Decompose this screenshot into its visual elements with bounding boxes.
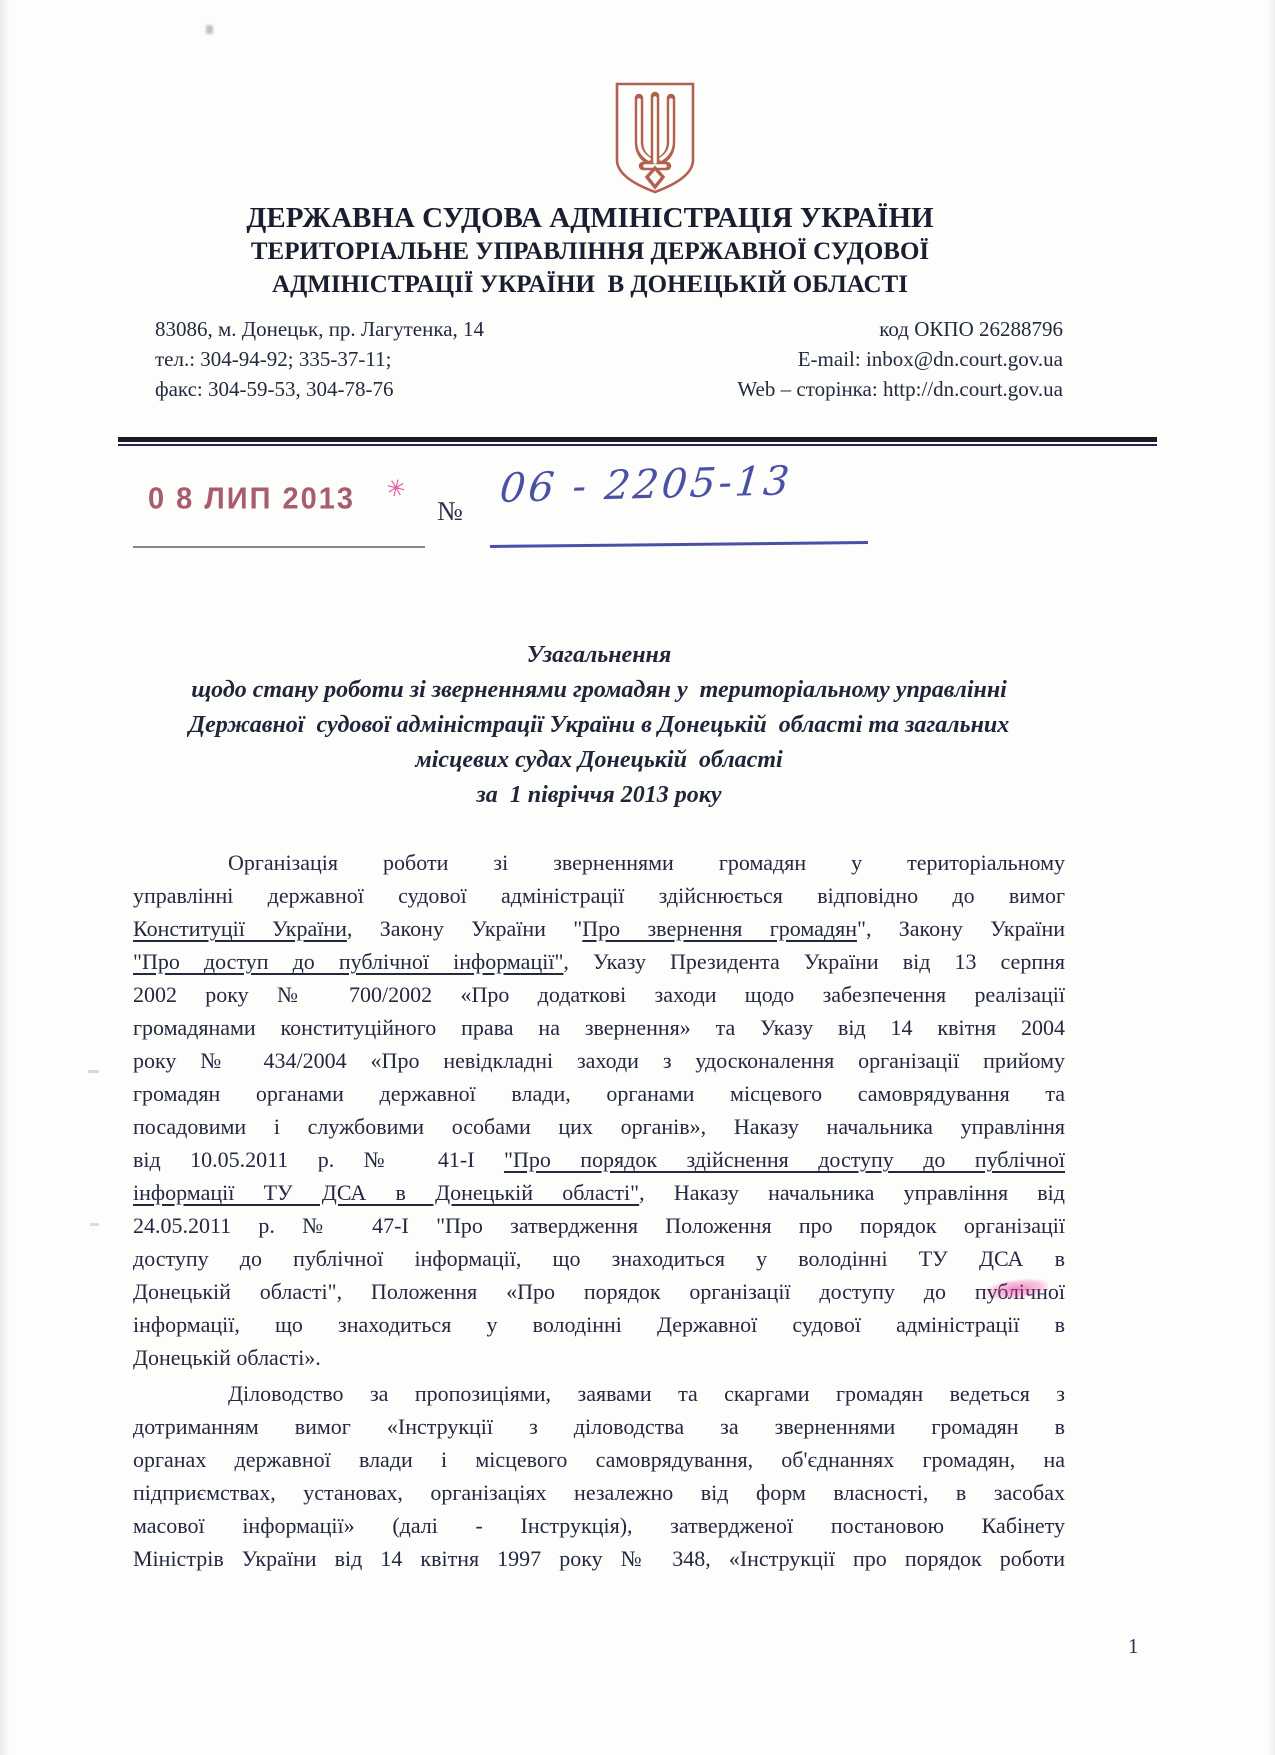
page-number: 1: [1128, 1634, 1139, 1659]
body-line: Організація роботи зі зверненнями громад…: [133, 846, 1065, 879]
title-line2: щодо стану роботи зі зверненнями громадя…: [133, 673, 1065, 708]
body-line: Діловодство за пропозиціями, заявами та …: [133, 1377, 1065, 1410]
body-line: від 10.05.2011 р. № 41-І "Про порядок зд…: [133, 1143, 1065, 1176]
scan-edge-mark: [88, 1070, 99, 1073]
contact-web: Web – сторінка: http://dn.court.gov.ua: [737, 374, 1063, 404]
contact-okpo: код ОКПО 26288796: [737, 314, 1063, 344]
scanned-letter-page: ДЕРЖАВНА СУДОВА АДМІНІСТРАЦІЯ УКРАЇНИ ТЕ…: [0, 0, 1275, 1755]
text: , Закону України ": [347, 916, 582, 941]
body-line: посадовими і службовими особами цих орга…: [133, 1110, 1065, 1143]
text: масової інформації» (далі - Інструкція),…: [133, 1513, 1065, 1538]
body-line: року № 434/2004 «Про невідкладні заходи …: [133, 1044, 1065, 1077]
underlined-text: Конституції України: [133, 916, 347, 941]
contact-email: E-mail: inbox@dn.court.gov.ua: [737, 344, 1063, 374]
header-divider-rule: [118, 437, 1157, 446]
number-underline: [490, 541, 868, 547]
title-line3: Державної судової адміністрації України …: [133, 708, 1065, 743]
text: Організація роботи зі зверненнями громад…: [228, 850, 1065, 875]
contact-phone: тел.: 304-94-92; 335-37-11;: [155, 344, 484, 374]
underlined-text: "Про порядок здійснення доступу до публі…: [504, 1147, 1065, 1172]
text: Міністрів України від 14 квітня 1997 рок…: [133, 1546, 1065, 1571]
text: посадовими і службовими особами цих орга…: [133, 1114, 1065, 1139]
text: ", Закону України: [857, 916, 1065, 941]
pink-star-artifact: ✳: [383, 474, 408, 504]
document-number-handwritten: 06 - 2205-13: [498, 458, 794, 512]
text: Донецькій області».: [133, 1345, 321, 1370]
org-name-line1: ДЕРЖАВНА СУДОВА АДМІНІСТРАЦІЯ УКРАЇНИ: [80, 201, 1100, 235]
org-name-line2: ТЕРИТОРІАЛЬНЕ УПРАВЛІННЯ ДЕРЖАВНОЇ СУДОВ…: [80, 235, 1100, 268]
divider-thick-line: [118, 437, 1157, 442]
org-name-line3: АДМІНІСТРАЦІЇ УКРАЇНИ В ДОНЕЦЬКІЙ ОБЛАСТ…: [80, 268, 1100, 301]
body-line: громадян органами державної влади, орган…: [133, 1077, 1065, 1110]
body-paragraph: Організація роботи зі зверненнями громад…: [133, 846, 1065, 1374]
contact-block-right: код ОКПО 26288796 E-mail: inbox@dn.court…: [737, 314, 1063, 404]
body-line: інформації ТУ ДСА в Донецькій області", …: [133, 1176, 1065, 1209]
text: Донецькій області", Положення «Про поряд…: [133, 1279, 1065, 1304]
text: , Указу Президента України від 13 серпня: [563, 949, 1065, 974]
title-line5: за 1 півріччя 2013 року: [133, 778, 1065, 813]
incoming-date-stamp: 0 8 ЛИП 2013: [148, 482, 355, 516]
underlined-text: "Про доступ до публічної інформації": [133, 949, 563, 974]
scan-speck-artifact: [206, 25, 213, 34]
title-line1: Узагальнення: [133, 638, 1065, 673]
body-line: підприємствах, установах, організаціях н…: [133, 1476, 1065, 1509]
document-body: Організація роботи зі зверненнями громад…: [133, 846, 1065, 1575]
body-paragraph: Діловодство за пропозиціями, заявами та …: [133, 1377, 1065, 1575]
text: Діловодство за пропозиціями, заявами та …: [228, 1381, 1065, 1406]
document-title: Узагальнення щодо стану роботи зі зверне…: [133, 638, 1065, 813]
body-line: 2002 року № 700/2002 «Про додаткові захо…: [133, 978, 1065, 1011]
text: року № 434/2004 «Про невідкладні заходи …: [133, 1048, 1065, 1073]
text: , Наказу начальника управління від: [639, 1180, 1065, 1205]
body-line: громадянами конституційного права на зве…: [133, 1011, 1065, 1044]
body-line: органах державної влади і місцевого само…: [133, 1443, 1065, 1476]
underlined-text: інформації ТУ ДСА в Донецькій області": [133, 1180, 639, 1205]
text: інформації, що знаходиться у володінні Д…: [133, 1312, 1065, 1337]
contact-address: 83086, м. Донецьк, пр. Лагутенка, 14: [155, 314, 484, 344]
body-line: Конституції України, Закону України "Про…: [133, 912, 1065, 945]
body-line: Донецькій області».: [133, 1341, 1065, 1374]
text: 24.05.2011 р. № 47-І "Про затвердження П…: [133, 1213, 1065, 1238]
contact-fax: факс: 304-59-53, 304-78-76: [155, 374, 484, 404]
text: 2002 року № 700/2002 «Про додаткові захо…: [133, 982, 1065, 1007]
date-underline: [133, 546, 425, 548]
text: громадян органами державної влади, орган…: [133, 1081, 1065, 1106]
text: дотриманням вимог «Інструкції з діловодс…: [133, 1414, 1065, 1439]
body-line: дотриманням вимог «Інструкції з діловодс…: [133, 1410, 1065, 1443]
body-line: масової інформації» (далі - Інструкція),…: [133, 1509, 1065, 1542]
body-line: 24.05.2011 р. № 47-І "Про затвердження П…: [133, 1209, 1065, 1242]
text: громадянами конституційного права на зве…: [133, 1015, 1065, 1040]
body-line: Міністрів України від 14 квітня 1997 рок…: [133, 1542, 1065, 1575]
organization-header: ДЕРЖАВНА СУДОВА АДМІНІСТРАЦІЯ УКРАЇНИ ТЕ…: [80, 201, 1100, 301]
scan-edge-mark: [90, 1223, 99, 1226]
text: управлінні державної судової адміністрац…: [133, 883, 1065, 908]
title-line4: місцевих судах Донецькій області: [133, 743, 1065, 778]
document-number-sign: №: [437, 496, 463, 527]
body-line: Донецькій області", Положення «Про поряд…: [133, 1275, 1065, 1308]
divider-thin-line: [118, 444, 1157, 446]
ukraine-trident-emblem: [612, 80, 698, 198]
text: від 10.05.2011 р. № 41-І: [133, 1147, 504, 1172]
body-line: доступу до публічної інформації, що знах…: [133, 1242, 1065, 1275]
underlined-text: Про звернення громадян: [582, 916, 857, 941]
body-line: управлінні державної судової адміністрац…: [133, 879, 1065, 912]
body-line: "Про доступ до публічної інформації", Ук…: [133, 945, 1065, 978]
text: доступу до публічної інформації, що знах…: [133, 1246, 1065, 1271]
contact-block-left: 83086, м. Донецьк, пр. Лагутенка, 14 тел…: [155, 314, 484, 404]
body-line: інформації, що знаходиться у володінні Д…: [133, 1308, 1065, 1341]
text: органах державної влади і місцевого само…: [133, 1447, 1065, 1472]
text: підприємствах, установах, організаціях н…: [133, 1480, 1065, 1505]
